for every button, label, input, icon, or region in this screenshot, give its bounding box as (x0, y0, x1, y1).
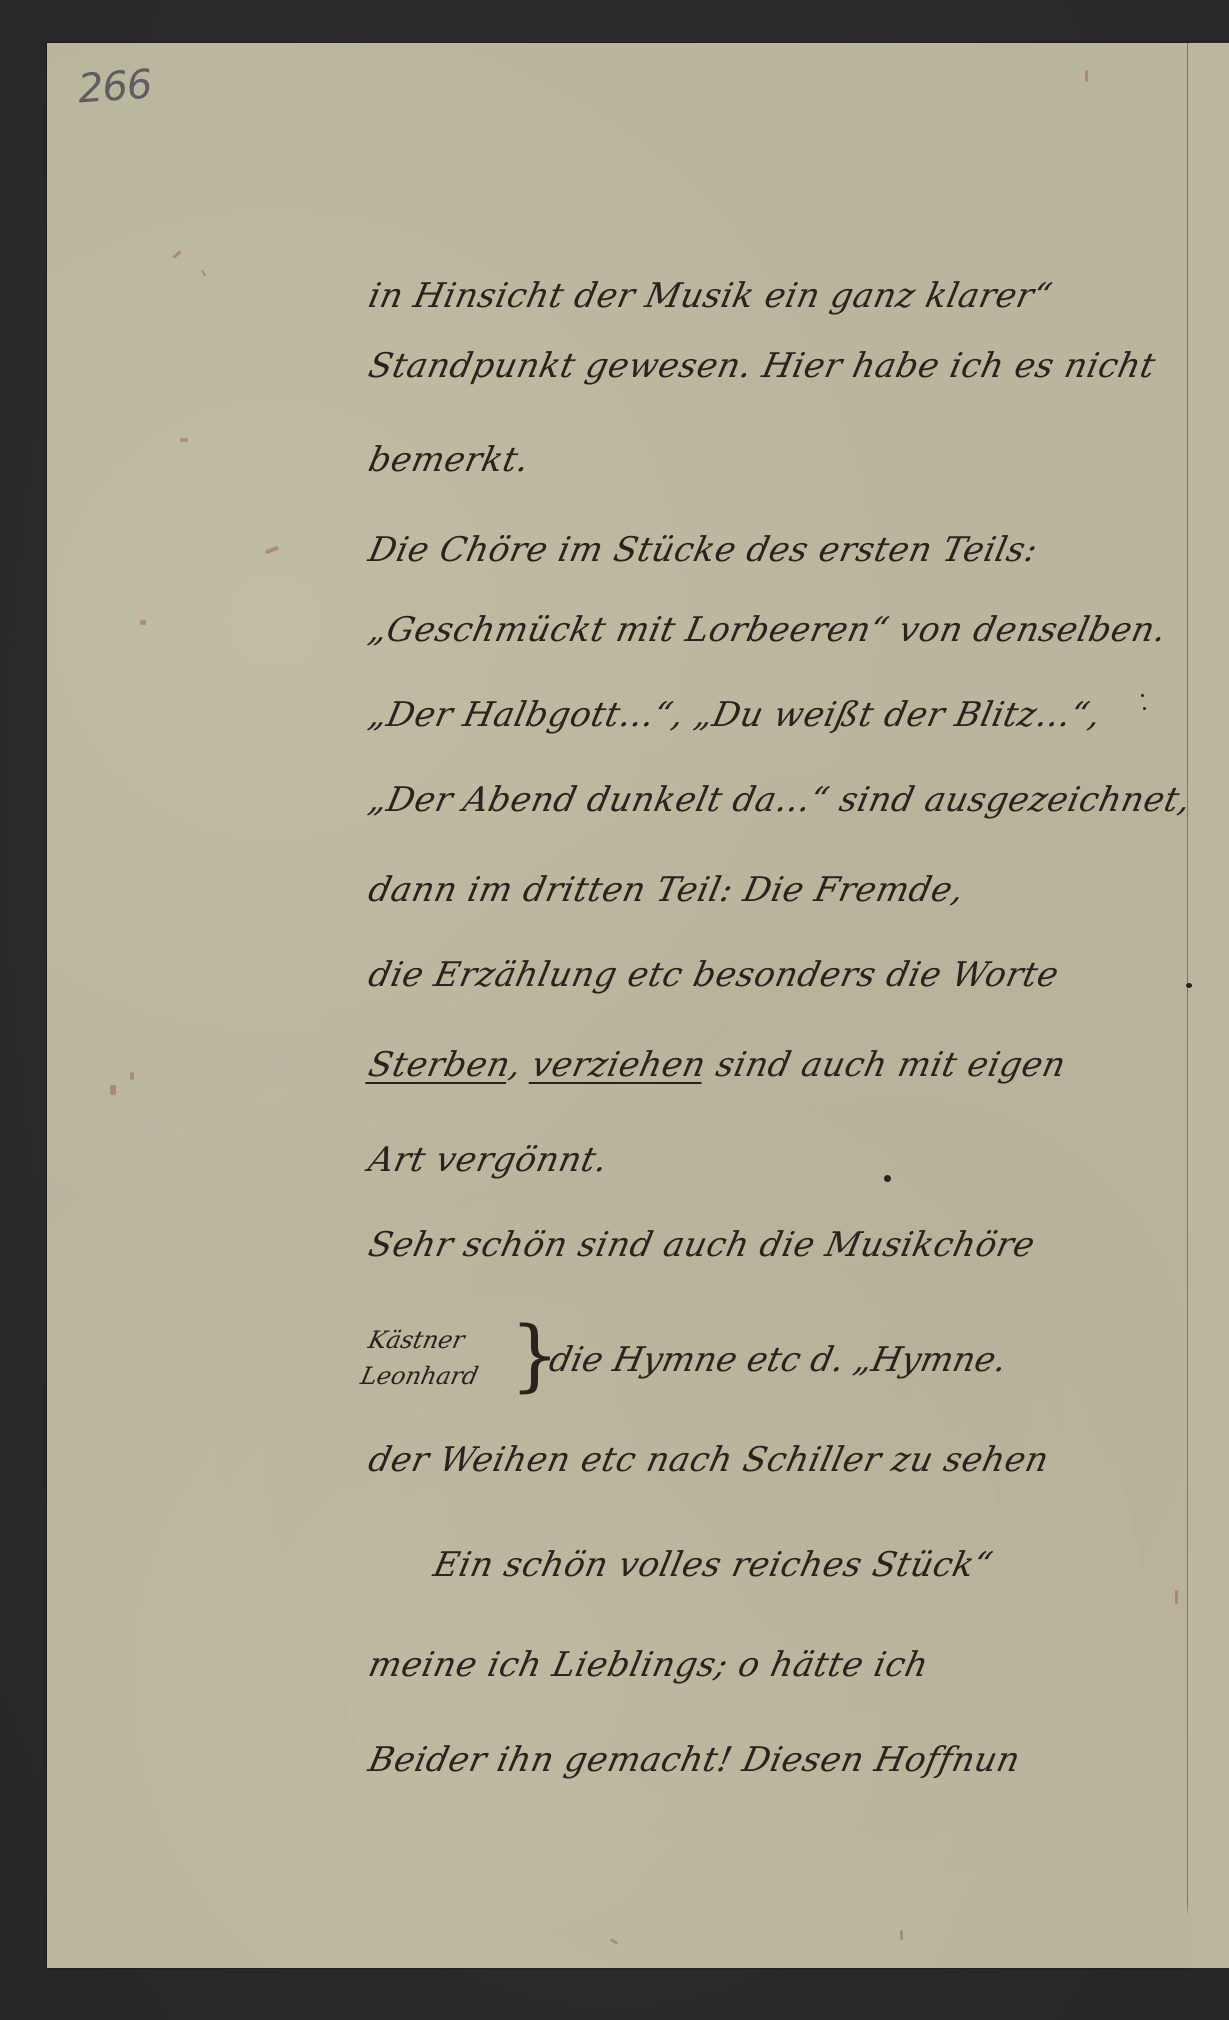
underlined-word-sterben: Sterben (365, 1045, 514, 1085)
binding-strip (1187, 43, 1229, 1968)
manuscript-line-4: Die Chöre im Stücke des ersten Teils: (365, 530, 1041, 570)
paper-fleck (1175, 1590, 1178, 1604)
folio-number: 266 (76, 61, 152, 112)
underlined-word-verziehen: verziehen (528, 1045, 709, 1085)
line-10-rest: sind auch mit eigen (701, 1045, 1069, 1085)
brace-names: Kästner Leonhard (357, 1322, 489, 1394)
paper-fleck (900, 1930, 903, 1940)
ink-dot (1143, 707, 1146, 710)
manuscript-line-14: der Weihen etc nach Schiller zu sehen (365, 1440, 1053, 1480)
paper-fleck (180, 438, 188, 442)
manuscript-line-9: die Erzählung etc besonders die Worte (365, 955, 1062, 995)
ink-dot (884, 1175, 891, 1182)
manuscript-line-16: meine ich Lieblings; o hätte ich (365, 1645, 932, 1685)
manuscript-line-2: Standpunkt gewesen. Hier habe ich es nic… (365, 346, 1159, 386)
manuscript-line-10: Sterben, verziehen sind auch mit eigen (365, 1045, 1070, 1085)
ink-dot (1141, 694, 1144, 697)
manuscript-line-17: Beider ihn gemacht! Diesen Hoffnun (365, 1740, 1024, 1780)
brace-text: die Hymne etc d. „Hymne. (546, 1340, 1011, 1380)
manuscript-line-12: Sehr schön sind auch die Musikchöre (365, 1225, 1039, 1265)
binding-mark (1186, 983, 1192, 988)
page-fold-notch (1183, 1890, 1195, 1968)
paper-fleck (110, 1085, 116, 1095)
paper-fleck (1085, 70, 1088, 82)
brace-name-bottom: Leonhard (357, 1358, 481, 1394)
manuscript-line-1: in Hinsicht der Musik ein ganz klarer“ (365, 276, 1056, 316)
manuscript-line-15: Ein schön volles reiches Stück“ (430, 1545, 996, 1585)
paper-fleck (140, 620, 146, 625)
manuscript-line-5: „Geschmückt mit Lorbeeren“ von denselben… (365, 610, 1170, 650)
manuscript-line-11: Art vergönnt. (365, 1140, 611, 1180)
brace-name-top: Kästner (365, 1322, 489, 1358)
paper-fleck (130, 1072, 134, 1080)
manuscript-line-8: dann im dritten Teil: Die Fremde, (365, 870, 968, 910)
manuscript-line-7: „Der Abend dunkelt da…“ sind ausgezeichn… (365, 780, 1194, 820)
manuscript-line-3: bemerkt. (365, 440, 533, 480)
manuscript-line-6: „Der Halbgott…“, „Du weißt der Blitz…“, (365, 695, 1104, 735)
